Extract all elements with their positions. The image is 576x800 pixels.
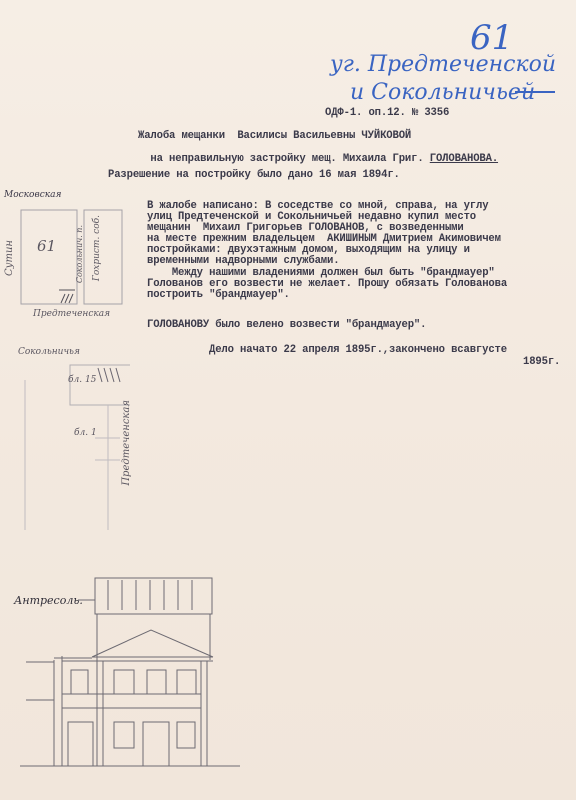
sketch1-plot-number: 61 (37, 237, 56, 255)
title-name: ГОЛОВАНОВА. (430, 153, 498, 165)
case-dates-line2: 1895г. (523, 357, 560, 368)
sketch2-label-top: бл. 15 (68, 375, 96, 385)
corner-plan-lines (20, 360, 130, 540)
annotation-line2: и Сокольничьей (350, 80, 535, 105)
sketch2-label-bottom: бл. 1 (74, 428, 97, 438)
permit-text: Разрешение на постройку было дано 16 мая… (108, 170, 400, 181)
complaint-title-line2: на неправильную застройку мещ. Михаила Г… (138, 143, 498, 165)
complaint-title-line1: Жалоба мещанки Василисы Васильевны ЧУЙКО… (138, 131, 411, 142)
annotation-line1: уг. Предтеченской (330, 52, 556, 77)
annotation-underline (515, 91, 555, 93)
sketch2-top-street: Сокольничья (18, 347, 80, 357)
complaint-line: построить "брандмауер". (147, 290, 290, 301)
sketch1-middle-label: Сокольнич. п. (75, 225, 84, 283)
order-text: ГОЛОВАНОВУ было велено возвести "брандма… (147, 320, 426, 331)
sketch2-right-street: Предтеченская (121, 400, 132, 486)
sketch1-top-street: Московская (4, 190, 61, 200)
complaint-line: временными надворными службами. (147, 256, 339, 267)
archive-reference: ОДФ-1. оп.12. № 3356 (325, 108, 449, 119)
sketch1-bottom-street: Предтеченская (33, 309, 110, 319)
sketch1-left-label: Сутин (4, 240, 15, 276)
title-prefix: на неправильную застройку мещ. Михаила Г… (150, 153, 429, 165)
sketch1-right-label: Гохрист. соб. (92, 215, 102, 281)
facade-lines (0, 560, 260, 800)
case-dates-line1: Дело начато 22 апреля 1895г.,закончено в… (209, 345, 507, 356)
